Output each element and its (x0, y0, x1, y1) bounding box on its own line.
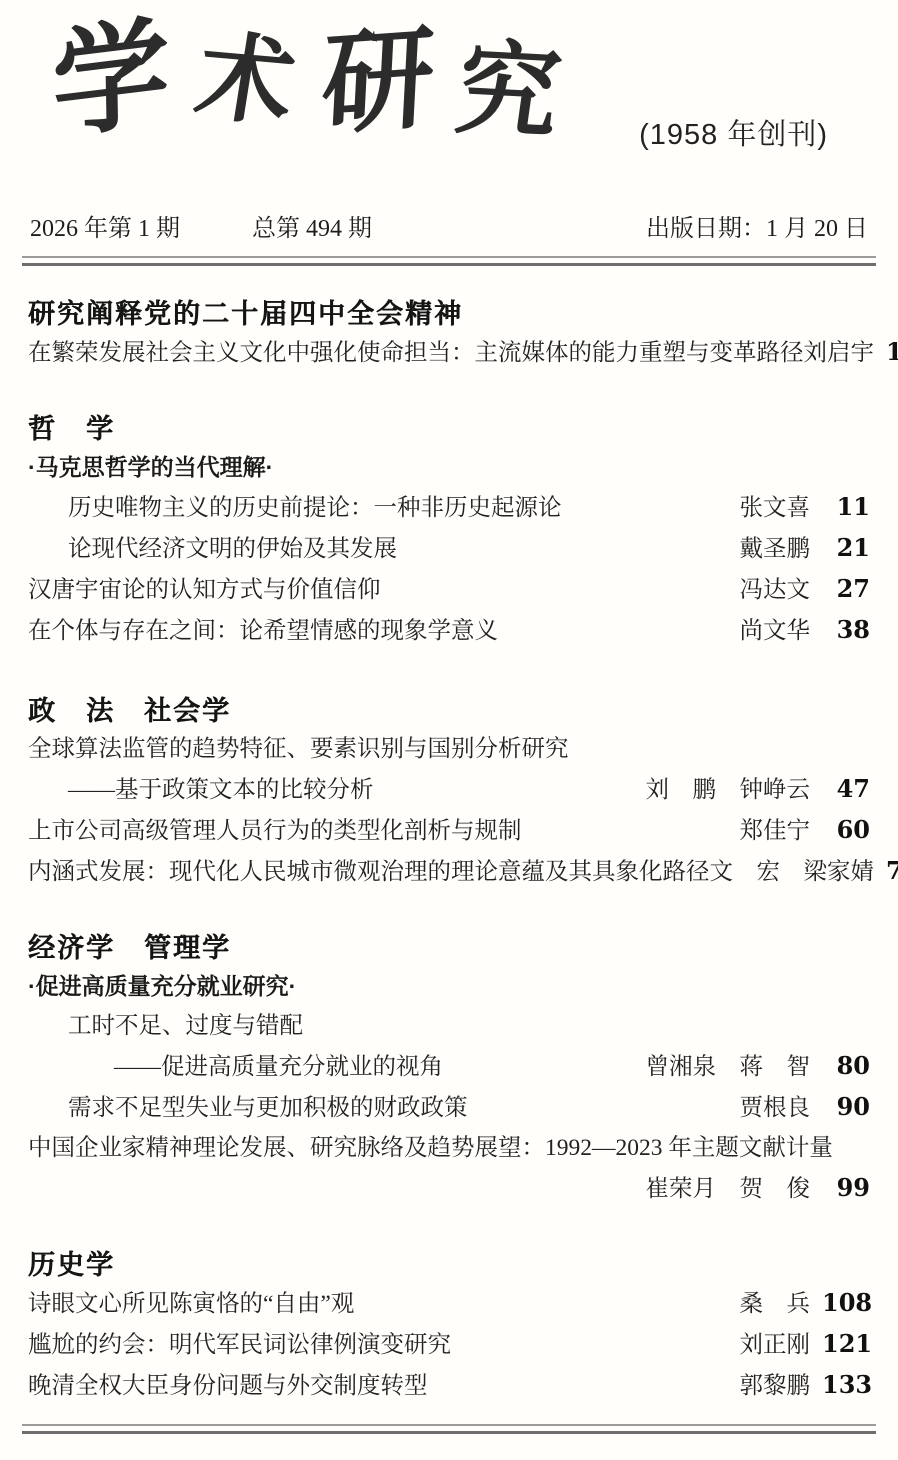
article-authors: 崔荣月 贺 俊 (646, 1169, 811, 1209)
article-authors: 冯达文 (740, 570, 811, 610)
article-title: 内涵式发展：现代化人民城市微观治理的理论意蕴及其具象化路径 (28, 852, 710, 892)
article-page: 80 (822, 1046, 870, 1086)
article-page: 133 (822, 1365, 870, 1405)
article-title: ——基于政策文本的比较分析 (28, 770, 374, 810)
article-page: 60 (822, 810, 870, 850)
article-row: 历史唯物主义的历史前提论：一种非历史起源论张文喜11 (28, 487, 870, 528)
article-title: 工时不足、过度与错配 (28, 1006, 303, 1046)
article-row: 晚清全权大臣身份问题与外交制度转型郭黎鹏133 (28, 1365, 870, 1406)
top-rule (22, 256, 876, 266)
table-of-contents: 研究阐释党的二十届四中全会精神在繁荣发展社会主义文化中强化使命担当：主流媒体的能… (22, 298, 876, 1406)
founded-note: (1958 年创刊) (639, 112, 828, 153)
article-title: 尴尬的约会：明代军民词讼律例演变研究 (28, 1325, 451, 1365)
article-page: 108 (822, 1283, 870, 1323)
issue-line: 2026 年第 1 期 总第 494 期 出版日期：1 月 20 日 (30, 208, 868, 243)
article-title: 上市公司高级管理人员行为的类型化剖析与规制 (28, 811, 522, 851)
section-heading: 政 法 社会学 (28, 695, 870, 729)
toc-section: 研究阐释党的二十届四中全会精神在繁荣发展社会主义文化中强化使命担当：主流媒体的能… (28, 298, 870, 373)
article-authors: 刘正刚 (740, 1325, 811, 1365)
logo-char: 术 (190, 28, 301, 131)
section-heading: 经济学 管理学 (28, 932, 870, 966)
article-title: 论现代经济文明的伊始及其发展 (28, 529, 397, 569)
article-page: 121 (822, 1324, 870, 1364)
article-row: 在个体与存在之间：论希望情感的现象学意义尚文华38 (28, 610, 870, 651)
article-authors: 曾湘泉 蒋 智 (646, 1047, 811, 1087)
toc-section: 经济学 管理学·促进高质量充分就业研究·工时不足、过度与错配——促进高质量充分就… (28, 932, 870, 1209)
article-row: 崔荣月 贺 俊99 (28, 1168, 870, 1209)
article-authors: 贾根良 (740, 1088, 811, 1128)
masthead: 学术研究 (1958 年创刊) (22, 0, 876, 198)
article-title: 历史唯物主义的历史前提论：一种非历史起源论 (28, 488, 562, 528)
toc-section: 历史学诗眼文心所见陈寅恪的“自由”观桑 兵108尴尬的约会：明代军民词讼律例演变… (28, 1249, 870, 1406)
bottom-rule (22, 1424, 876, 1434)
article-page: 99 (822, 1168, 870, 1208)
article-row: 在繁荣发展社会主义文化中强化使命担当：主流媒体的能力重塑与变革路径刘启宇1 (28, 332, 870, 373)
publish-date: 出版日期：1 月 20 日 (646, 208, 868, 243)
article-title: 诗眼文心所见陈寅恪的“自由”观 (28, 1284, 354, 1324)
logo-char: 学 (51, 12, 170, 145)
article-row: 工时不足、过度与错配 (28, 1006, 870, 1046)
article-authors: 文 宏 梁家婧 (710, 852, 875, 892)
article-page: 27 (822, 569, 870, 609)
article-authors: 桑 兵 (740, 1284, 811, 1324)
article-title: 全球算法监管的趋势特征、要素识别与国别分析研究 (28, 729, 569, 769)
article-authors: 郑佳宁 (740, 811, 811, 851)
article-row: 中国企业家精神理论发展、研究脉络及趋势展望：1992—2023 年主题文献计量 (28, 1128, 870, 1168)
logo-char: 研 (319, 22, 437, 142)
article-page: 71 (886, 851, 898, 891)
article-authors: 刘启宇 (804, 333, 875, 373)
article-row: 内涵式发展：现代化人民城市微观治理的理论意蕴及其具象化路径文 宏 梁家婧71 (28, 851, 870, 892)
article-row: 论现代经济文明的伊始及其发展戴圣鹏21 (28, 528, 870, 569)
article-authors: 尚文华 (740, 611, 811, 651)
article-row: 全球算法监管的趋势特征、要素识别与国别分析研究 (28, 729, 870, 769)
article-row: ——基于政策文本的比较分析刘 鹏 钟峥云47 (28, 769, 870, 810)
article-title: 在个体与存在之间：论希望情感的现象学意义 (28, 611, 498, 651)
article-title: ——促进高质量充分就业的视角 (28, 1047, 443, 1087)
issue-total: 总第 494 期 (252, 208, 372, 243)
journal-logo: 学术研究 (52, 20, 560, 138)
journal-contents-page: 学术研究 (1958 年创刊) 2026 年第 1 期 总第 494 期 出版日… (0, 0, 898, 1460)
article-page: 21 (822, 528, 870, 568)
article-authors: 张文喜 (740, 488, 811, 528)
issue-year: 2026 年第 1 期 (30, 208, 180, 243)
logo-char: 究 (450, 38, 566, 145)
article-row: 尴尬的约会：明代军民词讼律例演变研究刘正刚121 (28, 1324, 870, 1365)
article-page: 1 (886, 332, 898, 372)
article-page: 47 (822, 769, 870, 809)
article-title: 中国企业家精神理论发展、研究脉络及趋势展望：1992—2023 年主题文献计量 (28, 1128, 833, 1168)
article-authors: 刘 鹏 钟峥云 (646, 770, 811, 810)
article-title: 晚清全权大臣身份问题与外交制度转型 (28, 1366, 428, 1406)
article-row: 上市公司高级管理人员行为的类型化剖析与规制郑佳宁60 (28, 810, 870, 851)
article-row: ——促进高质量充分就业的视角曾湘泉 蒋 智80 (28, 1046, 870, 1087)
article-page: 38 (822, 610, 870, 650)
article-authors: 郭黎鹏 (740, 1366, 811, 1406)
toc-section: 政 法 社会学全球算法监管的趋势特征、要素识别与国别分析研究——基于政策文本的比… (28, 695, 870, 892)
article-page: 11 (822, 487, 870, 527)
article-title: 在繁荣发展社会主义文化中强化使命担当：主流媒体的能力重塑与变革路径 (28, 333, 804, 373)
subsection-label: ·马克思哲学的当代理解· (28, 447, 870, 487)
article-title: 需求不足型失业与更加积极的财政政策 (28, 1088, 468, 1128)
article-row: 需求不足型失业与更加积极的财政政策贾根良90 (28, 1087, 870, 1128)
article-page: 90 (822, 1087, 870, 1127)
article-title: 汉唐宇宙论的认知方式与价值信仰 (28, 570, 381, 610)
article-authors: 戴圣鹏 (740, 529, 811, 569)
section-heading: 历史学 (28, 1249, 870, 1283)
subsection-label: ·促进高质量充分就业研究· (28, 966, 870, 1006)
article-row: 汉唐宇宙论的认知方式与价值信仰冯达文27 (28, 569, 870, 610)
section-heading: 研究阐释党的二十届四中全会精神 (28, 298, 870, 332)
article-row: 诗眼文心所见陈寅恪的“自由”观桑 兵108 (28, 1283, 870, 1324)
section-heading: 哲 学 (28, 413, 870, 447)
toc-section: 哲 学·马克思哲学的当代理解·历史唯物主义的历史前提论：一种非历史起源论张文喜1… (28, 413, 870, 651)
